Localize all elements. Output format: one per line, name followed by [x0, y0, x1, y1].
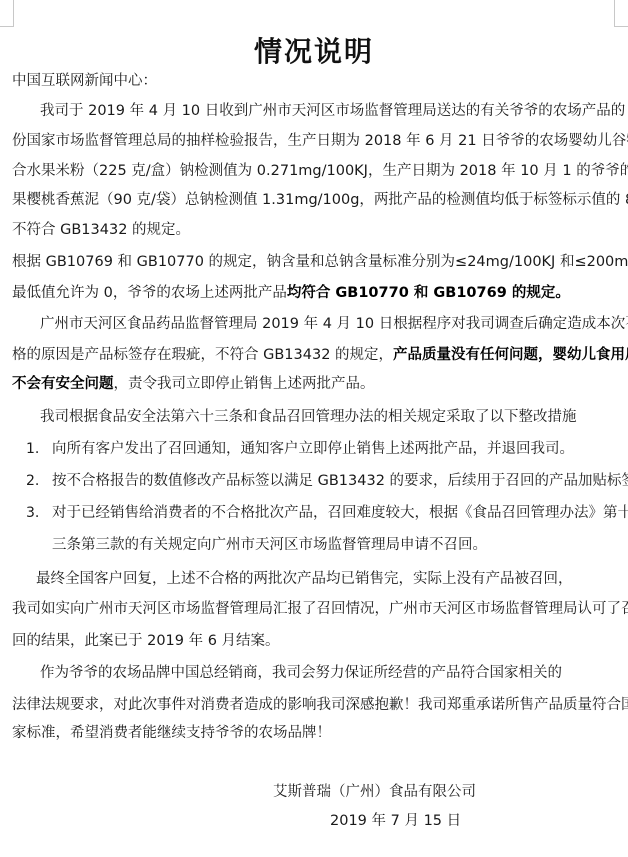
paragraph-3-text-2: ，责令我司立即停止销售上述两批产品。: [114, 376, 375, 392]
paragraph-2-text: 最低值允许为 0，爷爷的农场上述两批产品: [12, 285, 287, 301]
measure-1-number: 1.: [26, 441, 39, 457]
measure-3-text-line-2: 三条第三款的有关规定向广州市天河区市场监督管理局申请不召回。: [52, 536, 487, 554]
page-corner-mark-left: [0, 0, 14, 27]
paragraph-5-line-1: 最终全国客户回复，上述不合格的两批次产品均已销售完，实际上没有产品被召回，: [36, 570, 573, 588]
paragraph-1-line-4: 果樱桃香蕉泥（90 克/袋）总钠检测值 1.31mg/100g，两批产品的检测值…: [12, 191, 612, 209]
document-title: 情况说明: [0, 30, 628, 70]
signature-company: 艾斯普瑞（广州）食品有限公司: [273, 783, 476, 801]
page-corner-mark-right: [614, 0, 628, 27]
paragraph-5-line-2: 我司如实向广州市天河区市场监督管理局汇报了召回情况，广州市天河区市场监督管理局认…: [12, 600, 612, 618]
paragraph-1-line-2: 份国家市场监督管理总局的抽样检验报告，生产日期为 2018 年 6 月 21 日…: [12, 132, 612, 150]
paragraph-1-line-3: 合水果米粉（225 克/盒）钠检测值为 0.271mg/100KJ，生产日期为 …: [12, 162, 612, 180]
paragraph-2-line-2: 最低值允许为 0，爷爷的农场上述两批产品均符合 GB10770 和 GB1076…: [12, 284, 570, 302]
paragraph-3-line-2: 格的原因是产品标签存在瑕疵，不符合 GB13432 的规定，产品质量没有任何问题…: [12, 346, 612, 364]
paragraph-2-line-1: 根据 GB10769 和 GB10770 的规定，钠含量和总钠含量标准分别为≤2…: [12, 253, 612, 271]
paragraph-1-line-1: 我司于 2019 年 4 月 10 日收到广州市天河区市场监督管理局送达的有关爷…: [40, 102, 612, 120]
paragraph-5-line-3: 回的结果，此案已于 2019 年 6 月结案。: [12, 632, 280, 650]
paragraph-3-bold-text-2: 不会有安全问题: [12, 376, 114, 392]
paragraph-6-line-3: 家标准，希望消费者能继续支持爷爷的农场品牌！: [12, 724, 331, 742]
measure-2-text: 按不合格报告的数值修改产品标签以满足 GB13432 的要求，后续用于召回的产品…: [52, 472, 612, 490]
paragraph-2-bold-text: 均符合 GB10770 和 GB10769 的规定。: [287, 285, 570, 301]
paragraph-3-line-3: 不会有安全问题，责令我司立即停止销售上述两批产品。: [12, 375, 375, 393]
measure-3-text-line-1: 对于已经销售给消费者的不合格批次产品，召回难度较大，根据《食品召回管理办法》第十: [52, 504, 612, 522]
paragraph-6-line-2: 法律法规要求，对此次事件对消费者造成的影响我司深感抱歉！我司郑重承诺所售产品质量…: [12, 696, 612, 714]
paragraph-6-line-1: 作为爷爷的农场品牌中国总经销商，我司会努力保证所经营的产品符合国家相关的: [40, 664, 562, 682]
paragraph-1-line-5: 不符合 GB13432 的规定。: [12, 221, 190, 239]
paragraph-3-bold-text: 产品质量没有任何问题，婴幼儿食用后: [393, 347, 628, 363]
paragraph-3-line-1: 广州市天河区食品药品监督管理局 2019 年 4 月 10 日根据程序对我司调查…: [40, 315, 612, 333]
measure-3-number: 3.: [26, 505, 39, 521]
measure-2-number: 2.: [26, 473, 39, 489]
paragraph-3-text: 格的原因是产品标签存在瑕疵，不符合 GB13432 的规定，: [12, 347, 393, 363]
measures-intro: 我司根据食品安全法第六十三条和食品召回管理办法的相关规定采取了以下整改措施: [40, 408, 577, 426]
recipient: 中国互联网新闻中心：: [12, 72, 157, 90]
signature-date: 2019 年 7 月 15 日: [330, 812, 461, 830]
measure-1-text: 向所有客户发出了召回通知，通知客户立即停止销售上述两批产品，并退回我司。: [52, 440, 574, 458]
